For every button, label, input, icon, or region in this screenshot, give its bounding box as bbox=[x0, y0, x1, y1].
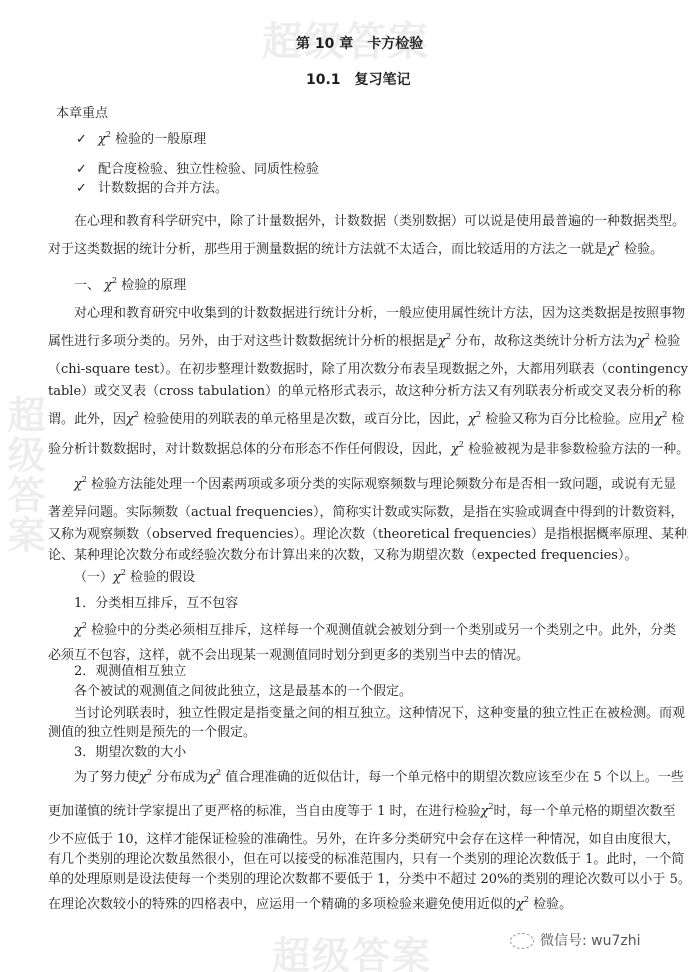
paragraph-line: 又称为观察频数（observed frequencies）。理论次数（theor… bbox=[48, 527, 688, 543]
paragraph-line: 有几个类别的理论次数虽然很小，但在可以接受的标准范围内，只有一个类别的理论次数低… bbox=[48, 852, 684, 868]
paragraph-line: （chi-square test）。在初步整理计数数据时，除了用次数分布表呈现数… bbox=[48, 362, 688, 378]
paragraph-line: 单的处理原则是设法使每一个类别的理论次数都不要低于 1，分类中不超过 20%的类… bbox=[48, 872, 688, 888]
paragraph-line: 为了努力使χ2 分布成为χ2 值合理准确的近似估计，每一个单元格中的期望次数应该… bbox=[74, 770, 684, 786]
paragraph-line: 在理论次数较小的特殊的四格表中，应运用一个精确的多项检验来避免使用近似的χ2 检… bbox=[48, 897, 572, 913]
paragraph-line: 论、某种理论次数分布或经验次数分布计算出来的次数，又称为期望次数（expecte… bbox=[48, 548, 637, 564]
checkmark-icon: ✓ bbox=[76, 132, 98, 148]
key-point-item: ✓计数数据的合并方法。 bbox=[76, 181, 228, 197]
paragraph-line: 谓。此外，因χ2 检验使用的列联表的单元格里是次数，或百分比，因此，χ2 检验又… bbox=[48, 412, 684, 428]
paragraph-line: 少不应低于 10，这样才能保证检验的准确性。另外，在许多分类研究中会存在这样一种… bbox=[48, 832, 680, 848]
paragraph-line: 各个被试的观测值之间彼此独立，这是最基本的一个假定。 bbox=[74, 684, 412, 700]
key-points-heading: 本章重点 bbox=[56, 106, 108, 122]
checkmark-icon: ✓ bbox=[76, 162, 98, 178]
paragraph-line: χ2 检验中的分类必须相互排斥，这样每一个观测值就会被划分到一个类别或另一个类别… bbox=[74, 623, 676, 639]
key-point-item: ✓配合度检验、独立性检验、同质性检验 bbox=[76, 162, 319, 178]
assumption-title: 3．期望次数的大小 bbox=[74, 745, 186, 761]
paragraph-line: 属性进行多项分类的。另外，由于对这些计数数据统计分析的根据是χ2 分布，故称这类… bbox=[48, 334, 680, 350]
wechat-account-badge: 微信号: wu7zhi bbox=[510, 930, 641, 950]
wechat-icon bbox=[510, 933, 534, 949]
paragraph-line: 测值的独立性则是预先的一个假定。 bbox=[48, 725, 256, 741]
paragraph-line: table）或交叉表（cross tabulation）的单元格形式表示，故这种… bbox=[48, 384, 681, 400]
intro-line: 在心理和教育科学研究中，除了计量数据外，计数数据（类别数据）可以说是使用最普遍的… bbox=[74, 214, 685, 230]
section-heading-principle: 一、 χ2 检验的原理 bbox=[74, 278, 186, 294]
paragraph-line: 验分析计数数据时，对计数数据总体的分布形态不作任何假设，因此，χ2 检验被视为是… bbox=[48, 442, 688, 458]
watermark-bottom: 超级答案 bbox=[272, 925, 432, 972]
paragraph-line: 著差异问题。实际频数（actual frequencies），简称实计数或实际数… bbox=[48, 505, 683, 521]
paragraph-line: 当讨论列联表时，独立性假定是指变量之间的相互独立。这种情况下，这种变量的独立性正… bbox=[74, 706, 685, 722]
paragraph-line: 更加谨慎的统计学家提出了更严格的标准，当自由度等于 1 时，在进行检验χ2时，每… bbox=[48, 804, 676, 820]
section-title: 10.1 复习笔记 bbox=[306, 72, 411, 88]
paragraph-line: χ2 检验方法能处理一个因素两项或多项分类的实际观察频数与理论频数分布是否相一致… bbox=[74, 477, 676, 493]
key-point-item: ✓χ2 检验的一般原理 bbox=[76, 132, 206, 148]
watermark-left: 超级答案 bbox=[4, 395, 42, 555]
assumption-title: 1．分类相互排斥，互不包容 bbox=[74, 596, 238, 612]
chapter-title: 第 10 章 卡方检验 bbox=[296, 36, 423, 52]
paragraph-line: 对心理和教育研究中收集到的计数数据进行统计分析，一般应使用属性统计方法，因为这类… bbox=[74, 306, 685, 322]
paragraph-line: 必须互不包容，这样，就不会出现某一观测值同时划分到更多的类别当中去的情况。 bbox=[48, 648, 529, 664]
checkmark-icon: ✓ bbox=[76, 181, 98, 197]
intro-line: 对于这类数据的统计分析，那些用于测量数据的统计方法就不太适合，而比较适用的方法之… bbox=[48, 242, 663, 258]
assumption-title: 2．观测值相互独立 bbox=[74, 664, 186, 680]
subsection-heading-assumptions: （一）χ2 检验的假设 bbox=[74, 570, 195, 586]
